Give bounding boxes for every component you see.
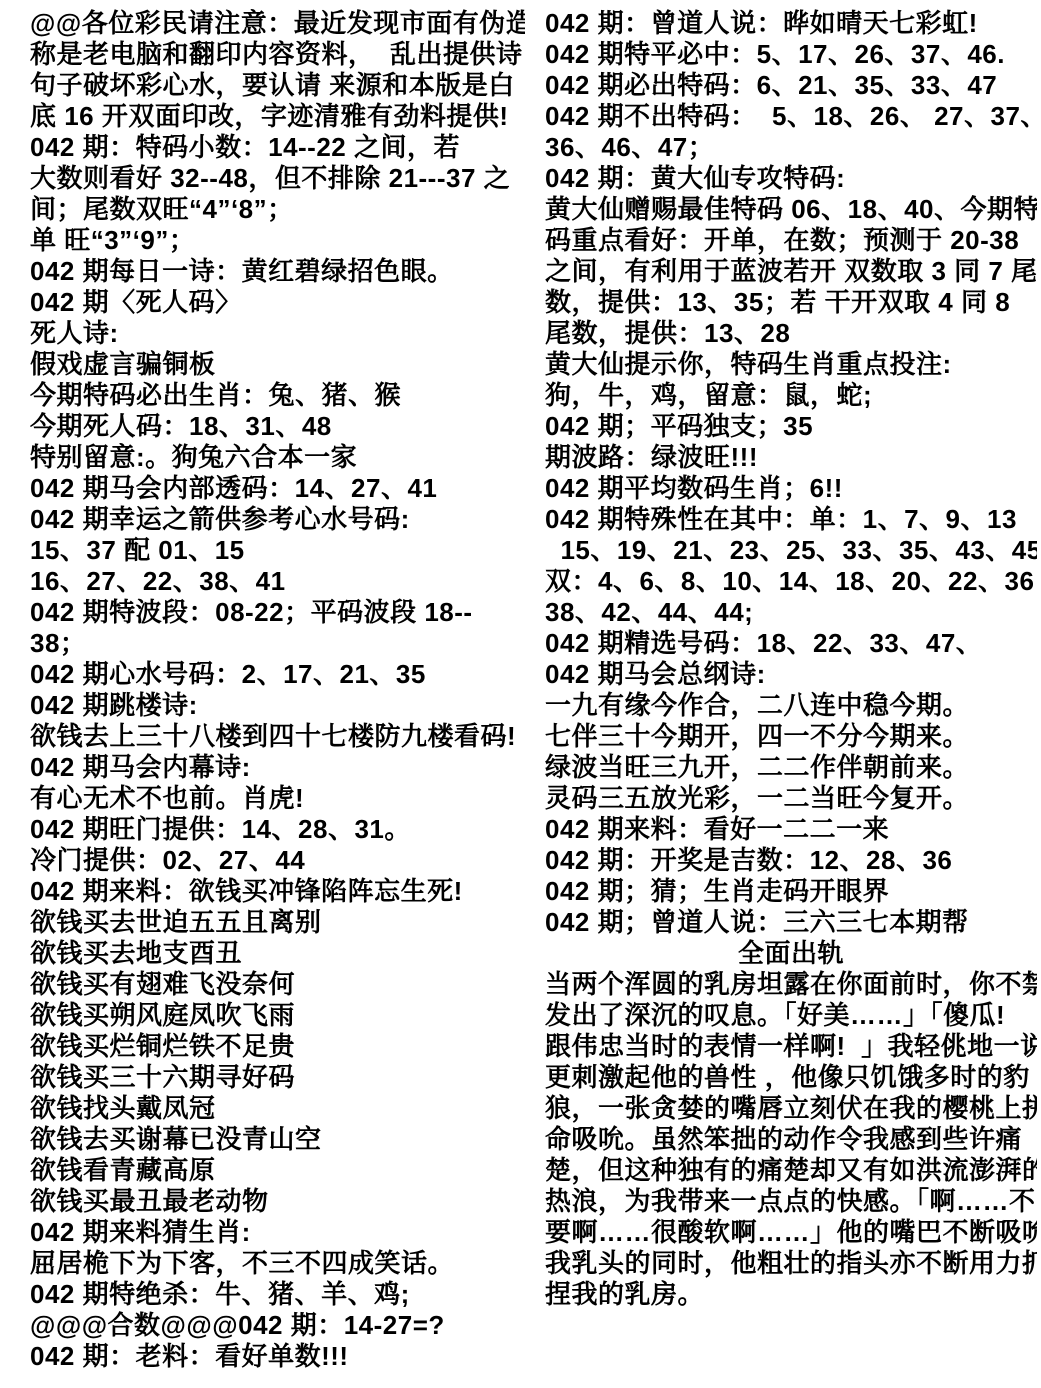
text-line: 15、37 配 01、15 (30, 535, 525, 566)
text-line: 我乳头的同时，他粗壮的指头亦不断用力抓 (545, 1248, 1037, 1279)
text-line: 数，提供：13、35；若 干开双取 4 同 8 (545, 287, 1037, 318)
text-line: 042 期精选号码：18、22、33、47、 (545, 628, 1037, 659)
text-line: 042 期马会内幕诗: (30, 752, 525, 783)
text-line: 码重点看好：开单，在数；预测于 20-38 (545, 225, 1037, 256)
text-line: 042 期：曾道人说：晔如晴天七彩虹! (545, 8, 1037, 39)
text-line: 欲钱找头戴凤冠 (30, 1093, 525, 1124)
text-line: 绿波当旺三九开，二二作伴朝前来。 (545, 752, 1037, 783)
text-line: 一九有缘今作合，二八连中稳今期。 (545, 690, 1037, 721)
text-line: 38、42、44、44; (545, 597, 1037, 628)
text-line: 句子破坏彩心水，要认请 来源和本版是白 (30, 70, 525, 101)
text-line: 屈居桅下为下客，不三不四成笑话。 (30, 1248, 525, 1279)
text-line: 今期死人码：18、31、48 (30, 411, 525, 442)
text-line: 间；尾数双旺“4”‘8”； (30, 194, 525, 225)
text-line: 042 期旺门提供：14、28、31。 (30, 814, 525, 845)
text-line: 042 期跳楼诗: (30, 690, 525, 721)
text-line: 042 期马会内部透码：14、27、41 (30, 473, 525, 504)
text-line: 042 期来料：看好一二二一来 (545, 814, 1037, 845)
text-line: 欲钱看青藏高原 (30, 1155, 525, 1186)
text-line: 死人诗: (30, 318, 525, 349)
text-line: 36、46、47； (545, 132, 1037, 163)
text-line: 全面出轨 (545, 938, 1037, 969)
text-line: 欲钱买有翅难飞没奈何 (30, 969, 525, 1000)
text-line: 042 期特绝杀：牛、猪、羊、鸡; (30, 1279, 525, 1310)
text-line: 欲钱买三十六期寻好码 (30, 1062, 525, 1093)
lottery-tip-sheet-page: @@各位彩民请注意：最近发现市面有伪造称是老电脑和翻印内容资料， 乱出提供诗句子… (0, 0, 1041, 1388)
text-line: 042 期；猜；生肖走码开眼界 (545, 876, 1037, 907)
text-line: 042 期幸运之箭供参考心水号码: (30, 504, 525, 535)
text-line: 黄大仙赠赐最佳特码 06、18、40、今期特 (545, 194, 1037, 225)
text-line: 当两个浑圆的乳房坦露在你面前时，你不禁 (545, 969, 1037, 1000)
text-line: 042 期：黄大仙专攻特码: (545, 163, 1037, 194)
text-line: 042 期；平码独支；35 (545, 411, 1037, 442)
text-line: 期波路：绿波旺!!! (545, 442, 1037, 473)
text-line: 042 期来料：欲钱买冲锋陷阵忘生死! (30, 876, 525, 907)
text-line: 特别留意:。狗兔六合本一家 (30, 442, 525, 473)
text-line: 称是老电脑和翻印内容资料， 乱出提供诗 (30, 39, 525, 70)
text-line: 更刺激起他的兽性 ，他像只饥饿多时的豹 (545, 1062, 1037, 1093)
text-line: 狗，牛，鸡，留意：鼠，蛇; (545, 380, 1037, 411)
text-line: 欲钱买去地支酉丑 (30, 938, 525, 969)
text-line: 有心无术不也前。肖虎! (30, 783, 525, 814)
text-line: 之间，有利用于蓝波若开 双数取 3 同 7 尾 (545, 256, 1037, 287)
text-line: 042 期马会总纲诗: (545, 659, 1037, 690)
text-line: 欲钱买最丑最老动物 (30, 1186, 525, 1217)
text-line: 15、19、21、23、25、33、35、43、45; (545, 535, 1037, 566)
text-line: @@@合数@@@042 期：14-27=? (30, 1310, 525, 1341)
text-line: 042 期每日一诗：黄红碧绿招色眼。 (30, 256, 525, 287)
right-column: 042 期：曾道人说：晔如晴天七彩虹!042 期特平必中：5、17、26、37、… (545, 8, 1037, 1310)
text-line: 尾数，提供：13、28 (545, 318, 1037, 349)
text-line: 命吸吮。虽然笨拙的动作令我感到些许痛 (545, 1124, 1037, 1155)
text-line: 欲钱买去世迫五五且离别 (30, 907, 525, 938)
text-line: 042 期：特码小数：14--22 之间，若 (30, 132, 525, 163)
text-line: 七伴三十今期开，四一不分今期来。 (545, 721, 1037, 752)
text-line: 38； (30, 628, 525, 659)
text-line: 大数则看好 32--48，但不排除 21---37 之 (30, 163, 525, 194)
text-line: 042 期来料猜生肖: (30, 1217, 525, 1248)
text-line: 跟伟忠当时的表情一样啊! 」我轻佻地一说 (545, 1031, 1037, 1062)
text-line: 假戏虚言骗铜板 (30, 349, 525, 380)
text-line: 欲钱去上三十八楼到四十七楼防九楼看码! (30, 721, 525, 752)
text-line: 042 期：开奖是吉数：12、28、36 (545, 845, 1037, 876)
text-line: 底 16 开双面印改，字迹清雅有劲料提供! (30, 101, 525, 132)
text-line: 042 期特殊性在其中：单：1、7、9、13 (545, 504, 1037, 535)
text-line: 042 期平均数码生肖；6!! (545, 473, 1037, 504)
text-line: 发出了深沉的叹息。「好美……」「傻瓜! (545, 1000, 1037, 1031)
text-line: 042 期特平必中：5、17、26、37、46. (545, 39, 1037, 70)
text-line: 今期特码必出生肖：兔、猪、猴 (30, 380, 525, 411)
text-line: 要啊……很酸软啊……」他的嘴巴不断吸吮 (545, 1217, 1037, 1248)
text-line: 042 期；曾道人说：三六三七本期帮 (545, 907, 1037, 938)
text-line: 042 期不出特码： 5、18、26、 27、37、 (545, 101, 1037, 132)
text-line: 042 期：老料：看好单数!!! (30, 1341, 525, 1372)
left-column: @@各位彩民请注意：最近发现市面有伪造称是老电脑和翻印内容资料， 乱出提供诗句子… (30, 8, 525, 1372)
text-line: 捏我的乳房。 (545, 1279, 1037, 1310)
text-line: 欲钱去买谢幕已没青山空 (30, 1124, 525, 1155)
text-line: 热浪，为我带来一点点的快感。「啊……不 (545, 1186, 1037, 1217)
text-line: 042 期必出特码：6、21、35、33、47 (545, 70, 1037, 101)
text-line: 冷门提供：02、27、44 (30, 845, 525, 876)
text-line: 欲钱买烂铜烂铁不足贵 (30, 1031, 525, 1062)
text-line: 黄大仙提示你，特码生肖重点投注: (545, 349, 1037, 380)
text-line: @@各位彩民请注意：最近发现市面有伪造 (30, 8, 525, 39)
text-line: 双：4、6、8、10、14、18、20、22、36 (545, 566, 1037, 597)
text-line: 楚，但这种独有的痛楚却又有如洪流澎湃的 (545, 1155, 1037, 1186)
text-line: 狼，一张贪婪的嘴唇立刻伏在我的樱桃上拼 (545, 1093, 1037, 1124)
text-line: 单 旺“3”‘9”； (30, 225, 525, 256)
text-line: 042 期特波段：08-22；平码波段 18-- (30, 597, 525, 628)
text-line: 042 期〈死人码〉 (30, 287, 525, 318)
text-line: 灵码三五放光彩，一二当旺今复开。 (545, 783, 1037, 814)
text-line: 16、27、22、38、41 (30, 566, 525, 597)
text-line: 042 期心水号码：2、17、21、35 (30, 659, 525, 690)
text-line: 欲钱买朔风庭凤吹飞雨 (30, 1000, 525, 1031)
